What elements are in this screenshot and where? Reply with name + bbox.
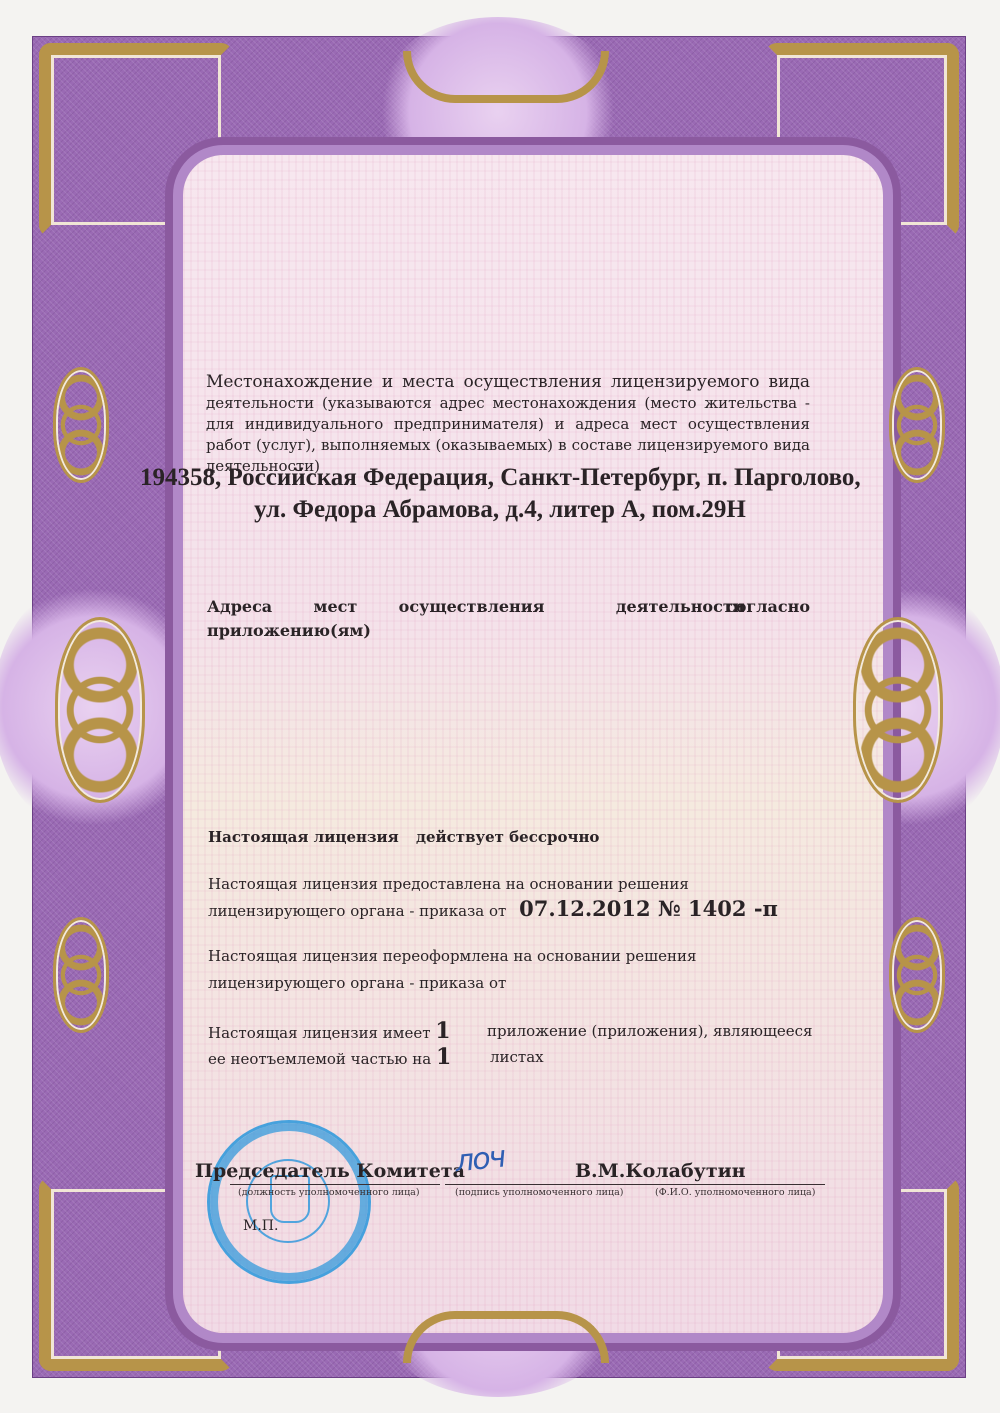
granted-line-2-text: лицензирующего органа - приказа от (208, 902, 506, 920)
document-content: Местонахождение и места осуществления ли… (0, 0, 1000, 1413)
name-line (575, 1184, 825, 1185)
sheet-count: 1 (436, 1044, 451, 1070)
handwritten-signature: лоч (453, 1140, 506, 1180)
position-line (230, 1184, 440, 1185)
seal-emblem-icon (270, 1175, 310, 1223)
validity-value: действует бессрочно (416, 828, 599, 846)
granted-line-2: лицензирующего органа - приказа от 07.12… (208, 898, 778, 922)
word: осуществления (399, 597, 545, 616)
appendix-addresses-line-1: Адреса мест осуществления деятельности с… (207, 597, 810, 616)
word: мест (314, 597, 358, 616)
location-heading-lead: Местонахождение и места осуществления ли… (206, 372, 810, 392)
position-caption: (должность уполномоченного лица) (238, 1187, 420, 1198)
signature-caption: (подпись уполномоченного лица) (455, 1187, 623, 1198)
appendices-prefix: Настоящая лицензия имеет (208, 1024, 431, 1042)
reissued-line-2: лицензирующего органа - приказа от (208, 972, 506, 994)
granted-line-1: Настоящая лицензия предоставлена на осно… (208, 873, 689, 895)
appendices-line-1: Настоящая лицензия имеет 1 (208, 1020, 451, 1044)
validity-statement: Настоящая лицензия действует бессрочно (208, 828, 599, 846)
validity-label: Настоящая лицензия (208, 828, 399, 846)
address-line-2: ул. Федора Абрамова, д.4, литер А, пом.2… (140, 494, 860, 526)
appendices-line-2-suffix: листах (490, 1046, 544, 1068)
word: согласно (726, 597, 810, 616)
appendices-line-1-suffix: приложение (приложения), являющееся (487, 1020, 813, 1042)
appendices-line-2: ее неотъемлемой частью на 1 (208, 1046, 451, 1070)
seal-placement-label: М.П. (243, 1218, 278, 1234)
appendix-addresses-line-2: приложению(ям) (207, 621, 371, 640)
signatory-name: В.М.Колабутин (575, 1160, 746, 1182)
order-reference: 07.12.2012 № 1402 -п (519, 896, 778, 921)
word: Адреса (207, 597, 272, 616)
sheets-prefix: ее неотъемлемой частью на (208, 1050, 431, 1068)
official-seal-icon (207, 1120, 371, 1284)
signatory-position: Председатель Комитета (195, 1160, 465, 1182)
appendix-count: 1 (435, 1018, 450, 1044)
reissued-line-1: Настоящая лицензия переоформлена на осно… (208, 945, 696, 967)
address-line-1: 194358, Российская Федерация, Санкт-Пете… (140, 462, 860, 494)
name-caption: (Ф.И.О. уполномоченного лица) (655, 1187, 815, 1198)
